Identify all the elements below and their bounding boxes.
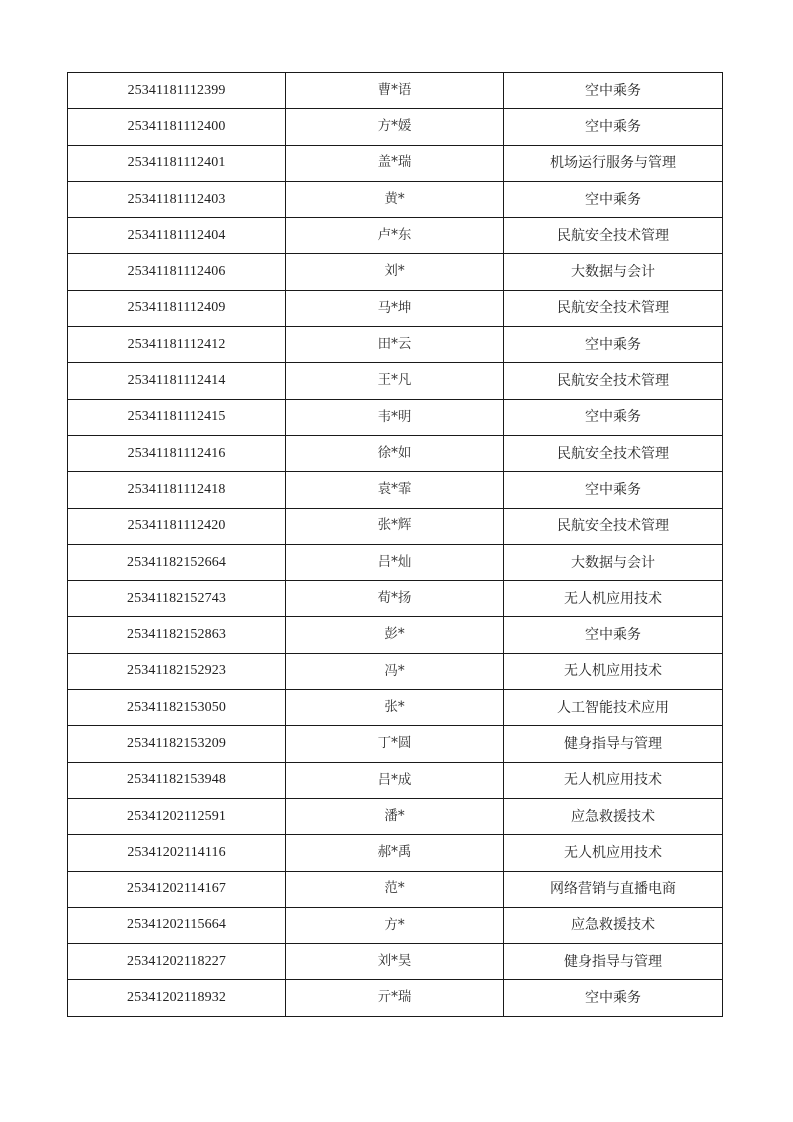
student-id-cell: 25341181112399 — [68, 73, 286, 109]
student-id-cell: 25341182153209 — [68, 726, 286, 762]
student-id-cell: 25341181112401 — [68, 145, 286, 181]
major-cell: 民航安全技术管理 — [504, 290, 723, 326]
table-row: 25341182152923 冯* 无人机应用技术 — [68, 653, 723, 689]
student-id-cell: 25341182152923 — [68, 653, 286, 689]
major-cell: 人工智能技术应用 — [504, 690, 723, 726]
table-row: 25341202118932 亓*瑞 空中乘务 — [68, 980, 723, 1016]
student-name-cell: 黄* — [286, 181, 504, 217]
major-cell: 空中乘务 — [504, 73, 723, 109]
table-row: 25341202112591 潘* 应急救援技术 — [68, 798, 723, 834]
major-cell: 无人机应用技术 — [504, 653, 723, 689]
table-row: 25341182152743 荀*扬 无人机应用技术 — [68, 581, 723, 617]
table-row: 25341181112416 徐*如 民航安全技术管理 — [68, 435, 723, 471]
table-row: 25341182153948 吕*成 无人机应用技术 — [68, 762, 723, 798]
major-cell: 民航安全技术管理 — [504, 508, 723, 544]
major-cell: 空中乘务 — [504, 399, 723, 435]
student-id-cell: 25341202118227 — [68, 944, 286, 980]
table-row: 25341181112403 黄* 空中乘务 — [68, 181, 723, 217]
table-row: 25341181112420 张*辉 民航安全技术管理 — [68, 508, 723, 544]
major-cell: 无人机应用技术 — [504, 762, 723, 798]
table-row: 25341202114116 郝*禹 无人机应用技术 — [68, 835, 723, 871]
major-cell: 空中乘务 — [504, 327, 723, 363]
major-cell: 无人机应用技术 — [504, 835, 723, 871]
student-roster-table: 25341181112399 曹*语 空中乘务 25341181112400 方… — [67, 72, 723, 1017]
student-id-cell: 25341182152863 — [68, 617, 286, 653]
student-id-cell: 25341182153948 — [68, 762, 286, 798]
table-row: 25341181112399 曹*语 空中乘务 — [68, 73, 723, 109]
table-row: 25341182153050 张* 人工智能技术应用 — [68, 690, 723, 726]
roster-table-body: 25341181112399 曹*语 空中乘务 25341181112400 方… — [68, 73, 723, 1017]
major-cell: 健身指导与管理 — [504, 944, 723, 980]
student-id-cell: 25341181112418 — [68, 472, 286, 508]
student-id-cell: 25341181112416 — [68, 435, 286, 471]
student-name-cell: 袁*霏 — [286, 472, 504, 508]
student-id-cell: 25341181112415 — [68, 399, 286, 435]
student-name-cell: 王*凡 — [286, 363, 504, 399]
student-id-cell: 25341181112406 — [68, 254, 286, 290]
student-name-cell: 张*辉 — [286, 508, 504, 544]
student-id-cell: 25341182152664 — [68, 544, 286, 580]
table-row: 25341182153209 丁*圆 健身指导与管理 — [68, 726, 723, 762]
major-cell: 健身指导与管理 — [504, 726, 723, 762]
major-cell: 大数据与会计 — [504, 544, 723, 580]
student-name-cell: 曹*语 — [286, 73, 504, 109]
table-row: 25341202118227 刘*昊 健身指导与管理 — [68, 944, 723, 980]
student-name-cell: 吕*成 — [286, 762, 504, 798]
major-cell: 空中乘务 — [504, 980, 723, 1016]
table-row: 25341181112412 田*云 空中乘务 — [68, 327, 723, 363]
student-name-cell: 方* — [286, 907, 504, 943]
student-name-cell: 刘*昊 — [286, 944, 504, 980]
student-name-cell: 徐*如 — [286, 435, 504, 471]
major-cell: 网络营销与直播电商 — [504, 871, 723, 907]
major-cell: 大数据与会计 — [504, 254, 723, 290]
major-cell: 应急救援技术 — [504, 798, 723, 834]
table-row: 25341182152863 彭* 空中乘务 — [68, 617, 723, 653]
student-id-cell: 25341181112409 — [68, 290, 286, 326]
student-id-cell: 25341202114116 — [68, 835, 286, 871]
table-row: 25341202115664 方* 应急救援技术 — [68, 907, 723, 943]
student-id-cell: 25341202112591 — [68, 798, 286, 834]
student-id-cell: 25341182153050 — [68, 690, 286, 726]
student-id-cell: 25341181112403 — [68, 181, 286, 217]
student-id-cell: 25341181112414 — [68, 363, 286, 399]
table-row: 25341182152664 吕*灿 大数据与会计 — [68, 544, 723, 580]
table-row: 25341181112415 韦*明 空中乘务 — [68, 399, 723, 435]
student-name-cell: 马*坤 — [286, 290, 504, 326]
student-name-cell: 范* — [286, 871, 504, 907]
major-cell: 空中乘务 — [504, 472, 723, 508]
major-cell: 民航安全技术管理 — [504, 218, 723, 254]
table-row: 25341181112406 刘* 大数据与会计 — [68, 254, 723, 290]
major-cell: 空中乘务 — [504, 181, 723, 217]
major-cell: 机场运行服务与管理 — [504, 145, 723, 181]
table-row: 25341181112404 卢*东 民航安全技术管理 — [68, 218, 723, 254]
table-row: 25341181112400 方*媛 空中乘务 — [68, 109, 723, 145]
student-name-cell: 潘* — [286, 798, 504, 834]
table-row: 25341181112414 王*凡 民航安全技术管理 — [68, 363, 723, 399]
student-id-cell: 25341181112400 — [68, 109, 286, 145]
student-id-cell: 25341202115664 — [68, 907, 286, 943]
student-id-cell: 25341202114167 — [68, 871, 286, 907]
student-name-cell: 冯* — [286, 653, 504, 689]
student-name-cell: 方*媛 — [286, 109, 504, 145]
table-row: 25341202114167 范* 网络营销与直播电商 — [68, 871, 723, 907]
student-name-cell: 刘* — [286, 254, 504, 290]
student-name-cell: 张* — [286, 690, 504, 726]
major-cell: 民航安全技术管理 — [504, 363, 723, 399]
document-page: 25341181112399 曹*语 空中乘务 25341181112400 方… — [0, 0, 793, 1122]
student-id-cell: 25341181112412 — [68, 327, 286, 363]
student-name-cell: 彭* — [286, 617, 504, 653]
major-cell: 应急救援技术 — [504, 907, 723, 943]
student-id-cell: 25341181112420 — [68, 508, 286, 544]
student-id-cell: 25341181112404 — [68, 218, 286, 254]
student-name-cell: 韦*明 — [286, 399, 504, 435]
student-id-cell: 25341182152743 — [68, 581, 286, 617]
major-cell: 民航安全技术管理 — [504, 435, 723, 471]
student-name-cell: 田*云 — [286, 327, 504, 363]
student-name-cell: 亓*瑞 — [286, 980, 504, 1016]
student-name-cell: 吕*灿 — [286, 544, 504, 580]
student-name-cell: 郝*禹 — [286, 835, 504, 871]
table-row: 25341181112418 袁*霏 空中乘务 — [68, 472, 723, 508]
table-row: 25341181112401 盖*瑞 机场运行服务与管理 — [68, 145, 723, 181]
table-row: 25341181112409 马*坤 民航安全技术管理 — [68, 290, 723, 326]
student-name-cell: 丁*圆 — [286, 726, 504, 762]
student-name-cell: 荀*扬 — [286, 581, 504, 617]
major-cell: 空中乘务 — [504, 109, 723, 145]
student-name-cell: 卢*东 — [286, 218, 504, 254]
student-name-cell: 盖*瑞 — [286, 145, 504, 181]
major-cell: 无人机应用技术 — [504, 581, 723, 617]
major-cell: 空中乘务 — [504, 617, 723, 653]
student-id-cell: 25341202118932 — [68, 980, 286, 1016]
